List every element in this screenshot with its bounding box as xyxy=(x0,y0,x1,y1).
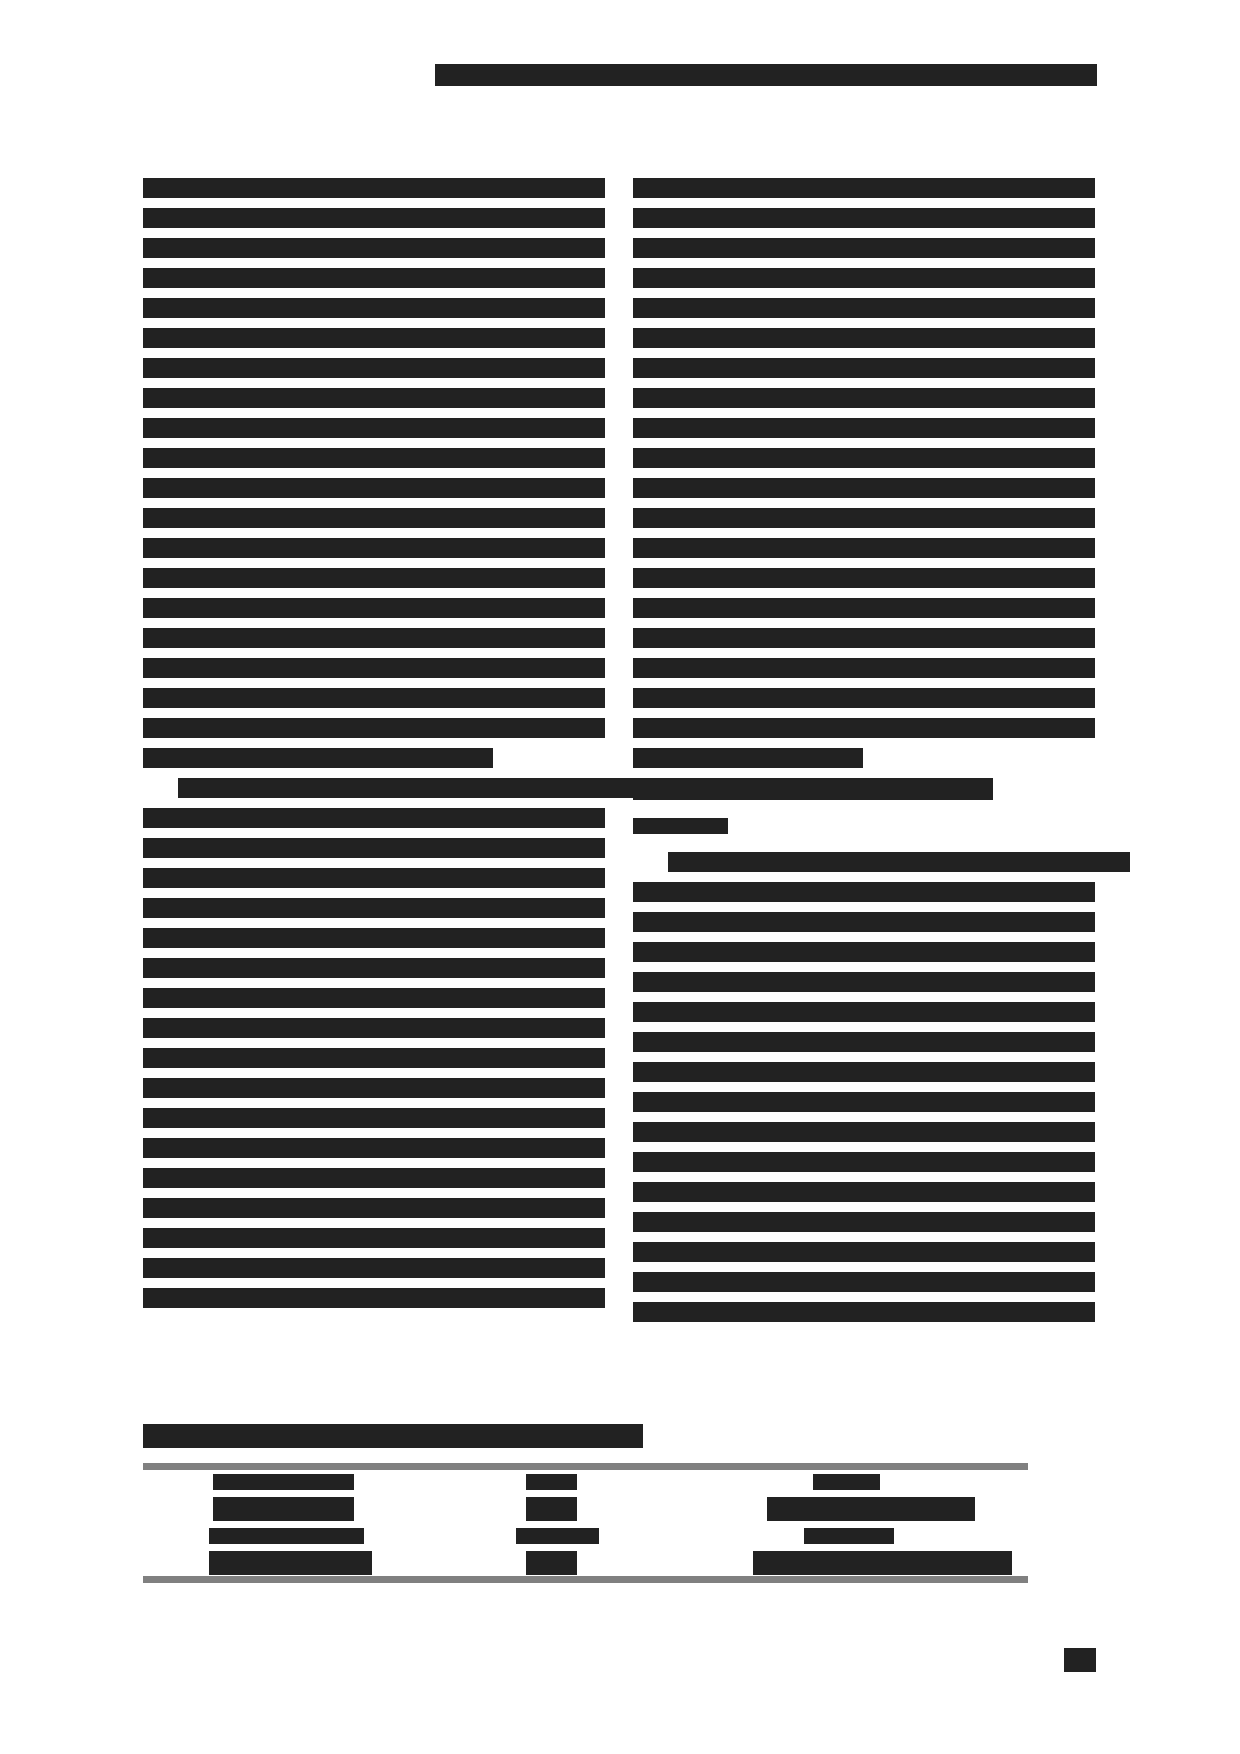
table-cell xyxy=(526,1497,577,1521)
redacted-text-line xyxy=(143,958,605,978)
redacted-text-line xyxy=(633,508,1095,528)
redacted-text-line xyxy=(633,1272,1095,1292)
redacted-text-line xyxy=(633,912,1095,932)
table-cell xyxy=(516,1528,599,1544)
redacted-text-line xyxy=(633,478,1095,498)
redacted-text-line xyxy=(633,882,1095,902)
page-number xyxy=(1064,1648,1096,1672)
redacted-text-line xyxy=(633,268,1095,288)
redacted-text-line xyxy=(143,268,605,288)
redacted-text-line xyxy=(143,928,605,948)
redacted-text-line xyxy=(143,838,605,858)
redacted-text-line xyxy=(633,448,1095,468)
redacted-text-line xyxy=(633,568,1095,588)
section-heading xyxy=(633,778,993,800)
redacted-text-line xyxy=(633,1032,1095,1052)
redacted-text-line xyxy=(143,208,605,228)
table-cell xyxy=(753,1551,1012,1575)
redacted-text-line xyxy=(633,1002,1095,1022)
redacted-text-line xyxy=(143,1198,605,1218)
redacted-text-line xyxy=(143,808,605,828)
left-column xyxy=(143,178,605,1318)
redacted-text-line xyxy=(143,868,605,888)
table-cell xyxy=(767,1497,975,1521)
redacted-text-line xyxy=(143,628,605,648)
redacted-text-line xyxy=(143,988,605,1008)
redacted-text-line xyxy=(633,718,1095,738)
redacted-text-line xyxy=(633,208,1095,228)
redacted-text-line xyxy=(633,1062,1095,1082)
redacted-text-line xyxy=(633,598,1095,618)
redacted-text-line xyxy=(143,1228,605,1248)
redacted-text-line xyxy=(633,298,1095,318)
document-page xyxy=(0,0,1240,1754)
table-top-rule xyxy=(143,1463,1028,1470)
redacted-text-line xyxy=(143,1108,605,1128)
redacted-text-line xyxy=(143,718,605,738)
redacted-text-line xyxy=(633,972,1095,992)
redacted-text-line xyxy=(633,1302,1095,1322)
redacted-text-line xyxy=(143,1018,605,1038)
running-header xyxy=(435,64,1097,86)
redacted-text-line xyxy=(633,538,1095,558)
table-caption xyxy=(143,1424,643,1448)
redacted-text-line xyxy=(143,1078,605,1098)
redacted-text-line xyxy=(178,778,640,798)
redacted-text-line xyxy=(633,328,1095,348)
redacted-text-line xyxy=(143,748,493,768)
redacted-text-line xyxy=(143,448,605,468)
redacted-text-line xyxy=(633,1152,1095,1172)
redacted-text-line xyxy=(143,388,605,408)
redacted-text-line xyxy=(143,178,605,198)
redacted-text-line xyxy=(143,238,605,258)
redacted-text-line xyxy=(143,688,605,708)
redacted-text-line xyxy=(143,1168,605,1188)
table-cell xyxy=(209,1551,372,1575)
redacted-text-line xyxy=(633,1212,1095,1232)
redacted-text-line xyxy=(143,478,605,498)
redacted-text-line xyxy=(143,598,605,618)
redacted-text-line xyxy=(633,388,1095,408)
redacted-text-line xyxy=(143,898,605,918)
table-cell xyxy=(526,1474,577,1490)
redacted-text-line xyxy=(143,1258,605,1278)
redacted-text-line xyxy=(143,1288,605,1308)
redacted-text-line xyxy=(633,628,1095,648)
redacted-text-line xyxy=(143,1048,605,1068)
redacted-text-line xyxy=(633,942,1095,962)
redacted-text-line xyxy=(633,358,1095,378)
table-cell xyxy=(209,1528,364,1544)
table-cell xyxy=(213,1497,354,1521)
table-cell xyxy=(213,1474,354,1490)
table-cell xyxy=(526,1551,577,1575)
redacted-text-line xyxy=(143,508,605,528)
redacted-text-line xyxy=(633,238,1095,258)
redacted-text-line xyxy=(143,1138,605,1158)
table-cell xyxy=(804,1528,894,1544)
redacted-text-line xyxy=(668,852,1130,872)
redacted-text-line xyxy=(633,1122,1095,1142)
redacted-text-line xyxy=(633,418,1095,438)
redacted-text-line xyxy=(143,328,605,348)
redacted-text-line xyxy=(633,658,1095,678)
redacted-text-line xyxy=(633,1242,1095,1262)
redacted-text-line xyxy=(143,568,605,588)
redacted-text-line xyxy=(143,418,605,438)
table-cell xyxy=(813,1474,880,1490)
redacted-text-line xyxy=(143,538,605,558)
redacted-text-line xyxy=(143,658,605,678)
subsection-heading xyxy=(633,818,728,834)
table-bottom-rule xyxy=(143,1576,1028,1583)
redacted-text-line xyxy=(143,358,605,378)
redacted-text-line xyxy=(633,688,1095,708)
redacted-text-line xyxy=(633,178,1095,198)
redacted-text-line xyxy=(633,1092,1095,1112)
redacted-text-line xyxy=(633,1182,1095,1202)
redacted-text-line xyxy=(143,298,605,318)
redacted-text-line xyxy=(633,748,863,768)
right-column xyxy=(633,178,1095,1332)
